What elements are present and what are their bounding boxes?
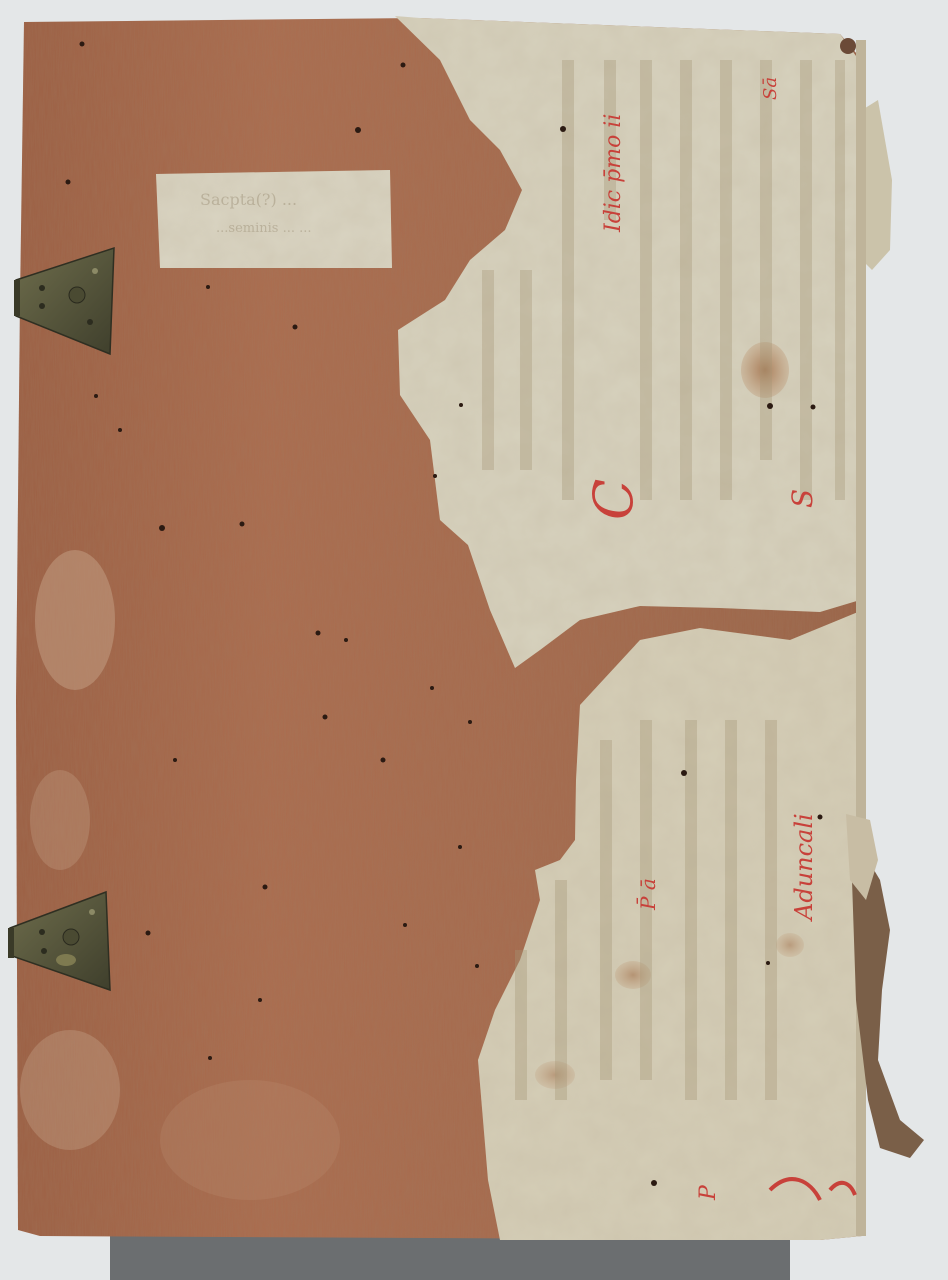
paper-label: Sacpta(?) ... ...seminis ... ... bbox=[156, 170, 392, 268]
rubric-upper-corner: Sā bbox=[760, 77, 781, 100]
book-illustration: Idic p̄mo ii Sā C S Aduncali P̄ ā P Sacp… bbox=[0, 0, 948, 1280]
initial-letter-s: S bbox=[786, 489, 819, 508]
book-photo: Idic p̄mo ii Sā C S Aduncali P̄ ā P Sacp… bbox=[0, 0, 948, 1280]
rubric-lower-mid: P̄ ā bbox=[635, 878, 660, 911]
initial-letter-c: C bbox=[582, 479, 645, 520]
label-line-2: ...seminis ... ... bbox=[216, 221, 312, 236]
label-line-1: Sacpta(?) ... bbox=[200, 190, 297, 209]
rubric-upper-heading: Idic p̄mo ii bbox=[601, 114, 626, 233]
rubric-lower-heading: Aduncali bbox=[790, 813, 818, 922]
rubric-lower-foot: P bbox=[696, 1184, 721, 1201]
